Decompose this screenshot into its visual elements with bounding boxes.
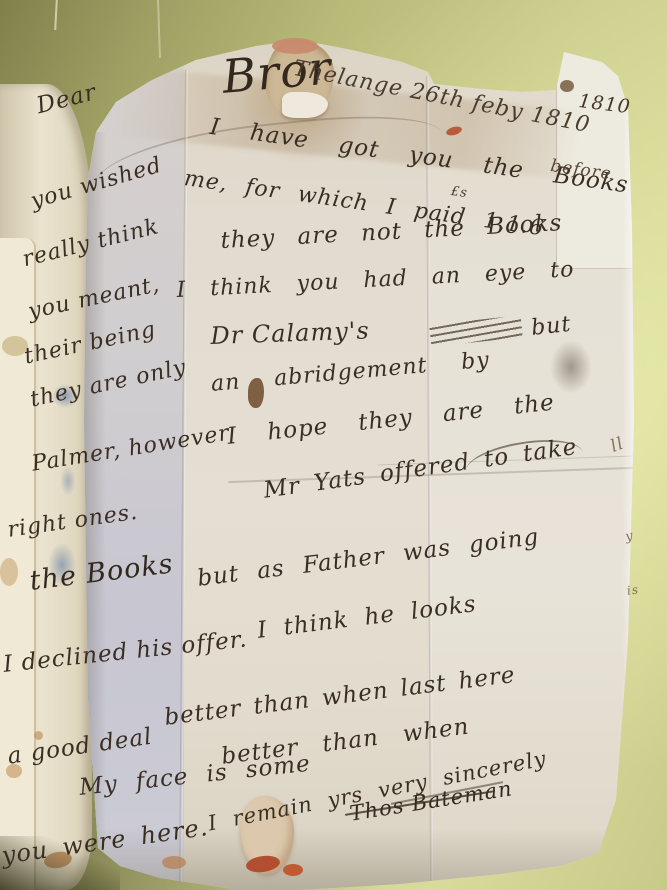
red-wax-spot	[283, 864, 303, 876]
currency-mark: £s	[450, 184, 469, 201]
manuscript-line: but	[530, 312, 572, 341]
foxing-spot	[162, 856, 186, 869]
photo-of-handwritten-letter: Dear Bror Thelange 26th feby 1810 1810 £…	[0, 0, 667, 890]
manuscript-line: Dr Calamy's	[210, 316, 370, 350]
edge-mark: is	[626, 582, 640, 598]
foxing-spot	[0, 558, 18, 586]
graphite-smudge	[550, 340, 592, 394]
dark-stain-spot	[560, 80, 574, 92]
